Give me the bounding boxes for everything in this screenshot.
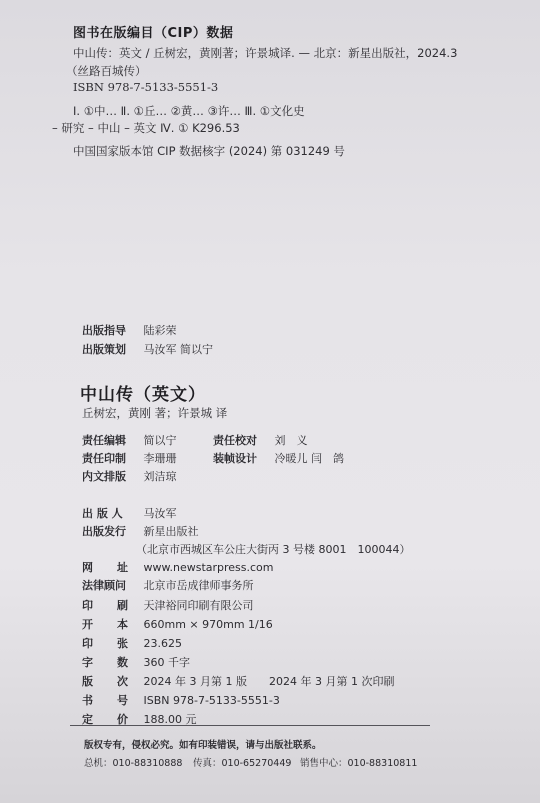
editor-value: 简以宁	[144, 434, 177, 447]
spec-value: 2024 年 3 月第 1 版 2024 年 3 月第 1 次印刷	[144, 675, 395, 688]
spec-value: 天津裕同印刷有限公司	[144, 599, 254, 612]
spec-label: 开本	[82, 616, 128, 632]
cip-record-number: 中国国家版本馆 CIP 数据核字 (2024) 第 031249 号	[73, 143, 345, 159]
editor-label: 责任印制	[82, 450, 140, 466]
spec-label: 版次	[82, 673, 128, 689]
editor-value: 刘洁琼	[144, 470, 177, 483]
editor-row: 装帧设计 冷暖儿 闫 鸽	[213, 450, 344, 466]
publisher-value: 马汝军	[144, 507, 177, 520]
address-row: （北京市西城区车公庄大街丙 3 号楼 8001 100044）	[136, 541, 410, 557]
cip-series: （丝路百城传）	[66, 63, 147, 79]
cip-classification-1: Ⅰ. ①中… Ⅱ. ①丘… ②黄… ③许… Ⅲ. ①文化史	[73, 103, 305, 119]
editor-label: 内文排版	[82, 468, 140, 484]
spec-row: 字数 360 千字	[82, 654, 190, 670]
spec-label: 印刷	[82, 597, 128, 613]
spec-row: 版次 2024 年 3 月第 1 版 2024 年 3 月第 1 次印刷	[82, 673, 394, 689]
editor-row: 责任印制 李珊珊	[82, 450, 177, 466]
spec-label: 书号	[82, 692, 128, 708]
spec-row: 开本 660mm × 970mm 1/16	[82, 616, 273, 632]
website-row: 网址 www.newstarpress.com	[82, 559, 274, 575]
book-authors: 丘树宏，黄刚 著；许景城 译	[82, 405, 227, 421]
cip-classification-2: – 研究 – 中山 – 英文 Ⅳ. ① K296.53	[52, 120, 240, 136]
credit-label: 出版策划	[82, 341, 140, 357]
switchboard-phone: 总机：010-88310888	[84, 755, 182, 769]
legal-value: 北京市岳成律师事务所	[144, 579, 254, 592]
distribution-value: 新星出版社	[144, 525, 199, 538]
editor-value: 李珊珊	[144, 452, 177, 465]
book-title: 中山传（英文）	[80, 380, 206, 405]
spec-value: 660mm × 970mm 1/16	[144, 618, 273, 631]
editor-row: 责任校对 刘 义	[213, 432, 308, 448]
spec-row: 印张 23.625	[82, 635, 182, 651]
spec-value: 23.625	[144, 637, 183, 650]
publisher-label: 出 版 人	[82, 505, 140, 521]
website-label: 网址	[82, 559, 128, 575]
footer-divider	[70, 725, 430, 726]
spec-row: 印刷 天津裕同印刷有限公司	[82, 597, 254, 613]
editor-value: 刘 义	[275, 434, 308, 447]
spec-label: 印张	[82, 635, 128, 651]
editor-row: 内文排版 刘洁琼	[82, 468, 177, 484]
editor-label: 责任校对	[213, 432, 271, 448]
distribution-label: 出版发行	[82, 523, 140, 539]
cip-heading: 图书在版编目（CIP）数据	[73, 22, 233, 41]
editor-label: 装帧设计	[213, 450, 271, 466]
publisher-address: （北京市西城区车公庄大街丙 3 号楼 8001 100044）	[136, 543, 410, 556]
editor-value: 冷暖儿 闫 鸽	[275, 452, 345, 465]
spec-value: ISBN 978-7-5133-5551-3	[144, 694, 280, 707]
sales-phone: 销售中心：010-88310811	[300, 755, 417, 769]
cip-isbn: ISBN 978-7-5133-5551-3	[73, 80, 218, 94]
credit-value: 马汝军 简以宁	[144, 343, 214, 356]
spec-value: 360 千字	[144, 656, 191, 669]
cip-catalog-line: 中山传：英文 / 丘树宏，黄刚著；许景城译. — 北京：新星出版社，2024.3	[73, 45, 457, 61]
legal-label: 法律顾问	[82, 577, 140, 593]
credit-row: 出版策划 马汝军 简以宁	[82, 341, 213, 357]
spec-row: 书号 ISBN 978-7-5133-5551-3	[82, 692, 280, 708]
editor-label: 责任编辑	[82, 432, 140, 448]
editor-row: 责任编辑 简以宁	[82, 432, 177, 448]
credit-label: 出版指导	[82, 322, 140, 338]
credit-value: 陆彩荣	[144, 324, 177, 337]
legal-row: 法律顾问 北京市岳成律师事务所	[82, 577, 254, 593]
copyright-notice: 版权专有，侵权必究。如有印装错误，请与出版社联系。	[84, 737, 322, 751]
website-link[interactable]: www.newstarpress.com	[144, 561, 274, 574]
distribution-row: 出版发行 新星出版社	[82, 523, 199, 539]
fax-number: 传真：010-65270449	[193, 755, 291, 769]
credit-row: 出版指导 陆彩荣	[82, 322, 177, 338]
spec-label: 字数	[82, 654, 128, 670]
copyright-page: 图书在版编目（CIP）数据 中山传：英文 / 丘树宏，黄刚著；许景城译. — 北…	[0, 0, 540, 803]
publisher-row: 出 版 人 马汝军	[82, 505, 177, 521]
